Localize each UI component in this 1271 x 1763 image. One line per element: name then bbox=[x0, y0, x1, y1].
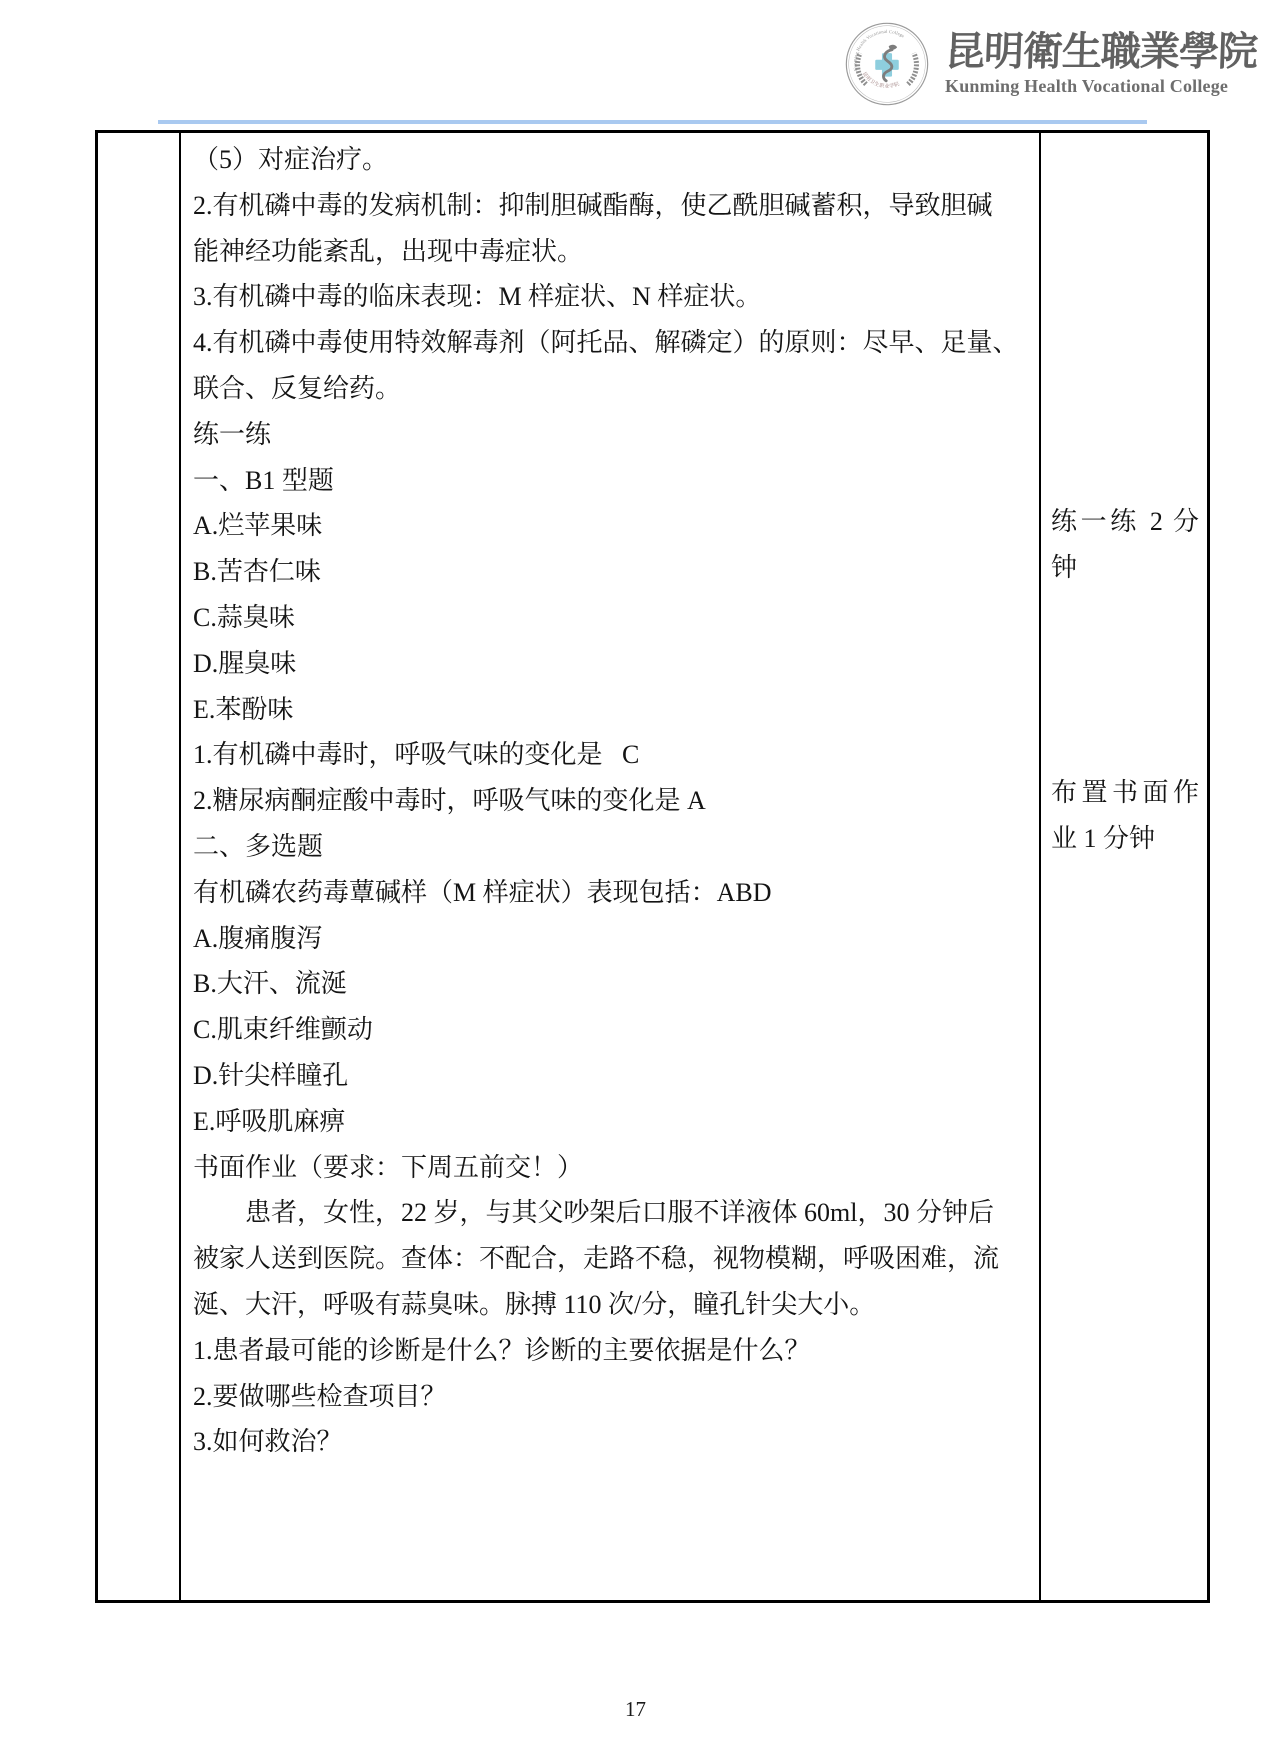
page-root: Kunming Health Vocational College 昆明卫生职业… bbox=[0, 0, 1271, 1763]
content-lines: （5）对症治疗。2.有机磷中毒的发病机制：抑制胆碱酯酶，使乙酰胆碱蓄积，导致胆碱… bbox=[193, 137, 1039, 1465]
content-line: 被家人送到医院。查体：不配合，走路不稳，视物模糊，呼吸困难，流 bbox=[193, 1236, 1039, 1282]
content-line: D.腥臭味 bbox=[193, 641, 1039, 687]
content-line: 4.有机磷中毒使用特效解毒剂（阿托品、解磷定）的原则：尽早、足量、 bbox=[193, 320, 1039, 366]
content-line: 二、多选题 bbox=[193, 824, 1039, 870]
content-line: 联合、反复给药。 bbox=[193, 366, 1039, 412]
content-line: 书面作业（要求：下周五前交！） bbox=[193, 1145, 1039, 1191]
content-line: C.肌束纤维颤动 bbox=[193, 1007, 1039, 1053]
college-header: Kunming Health Vocational College 昆明卫生职业… bbox=[845, 22, 1257, 108]
time-note-homework: 布置书面作业 1 分钟 bbox=[1051, 770, 1199, 862]
content-line: 1.有机磷中毒时，呼吸气味的变化是 C bbox=[193, 732, 1039, 778]
content-line: 患者，女性，22 岁，与其父吵架后口服不详液体 60ml，30 分钟后 bbox=[193, 1190, 1039, 1236]
content-line: 一、B1 型题 bbox=[193, 458, 1039, 504]
content-line: 3.有机磷中毒的临床表现：M 样症状、N 样症状。 bbox=[193, 274, 1039, 320]
page-number: 17 bbox=[0, 1697, 1271, 1722]
content-line: 2.要做哪些检查项目？ bbox=[193, 1374, 1039, 1420]
content-line: D.针尖样瞳孔 bbox=[193, 1053, 1039, 1099]
content-line: 2.有机磷中毒的发病机制：抑制胆碱酯酶，使乙酰胆碱蓄积，导致胆碱 bbox=[193, 183, 1039, 229]
college-name-en: Kunming Health Vocational College bbox=[945, 76, 1257, 96]
table-content-cell: （5）对症治疗。2.有机磷中毒的发病机制：抑制胆碱酯酶，使乙酰胆碱蓄积，导致胆碱… bbox=[181, 133, 1039, 1600]
table-time-notes-cell: 练一练 2 分钟 布置书面作业 1 分钟 bbox=[1039, 133, 1207, 1600]
college-name-zh: 昆明衛生職業學院 bbox=[944, 30, 1258, 74]
content-line: B.苦杏仁味 bbox=[193, 549, 1039, 595]
content-line: 能神经功能紊乱，出现中毒症状。 bbox=[193, 229, 1039, 275]
content-line: 3.如何救治？ bbox=[193, 1419, 1039, 1465]
content-line: A.烂苹果味 bbox=[193, 503, 1039, 549]
content-line: 有机磷农药毒蕈碱样（M 样症状）表现包括：ABD bbox=[193, 870, 1039, 916]
content-line: E.呼吸肌麻痹 bbox=[193, 1099, 1039, 1145]
content-line: 涎、大汗，呼吸有蒜臭味。脉搏 110 次/分，瞳孔针尖大小。 bbox=[193, 1282, 1039, 1328]
time-note-practice: 练一练 2 分钟 bbox=[1051, 499, 1199, 591]
content-line: E.苯酚味 bbox=[193, 687, 1039, 733]
content-line: A.腹痛腹泻 bbox=[193, 916, 1039, 962]
content-line: 1.患者最可能的诊断是什么？诊断的主要依据是什么？ bbox=[193, 1328, 1039, 1374]
college-name-block: 昆明衛生職業學院 Kunming Health Vocational Colle… bbox=[945, 22, 1257, 96]
lesson-table: （5）对症治疗。2.有机磷中毒的发病机制：抑制胆碱酯酶，使乙酰胆碱蓄积，导致胆碱… bbox=[95, 130, 1210, 1603]
header-accent-line bbox=[158, 120, 1147, 124]
content-line: （5）对症治疗。 bbox=[193, 137, 1039, 183]
content-line: B.大汗、流涎 bbox=[193, 961, 1039, 1007]
college-seal-icon: Kunming Health Vocational College 昆明卫生职业… bbox=[845, 22, 929, 106]
content-line: C.蒜臭味 bbox=[193, 595, 1039, 641]
table-left-empty-cell bbox=[98, 133, 181, 1600]
content-line: 练一练 bbox=[193, 412, 1039, 458]
content-line: 2.糖尿病酮症酸中毒时，呼吸气味的变化是 A bbox=[193, 778, 1039, 824]
